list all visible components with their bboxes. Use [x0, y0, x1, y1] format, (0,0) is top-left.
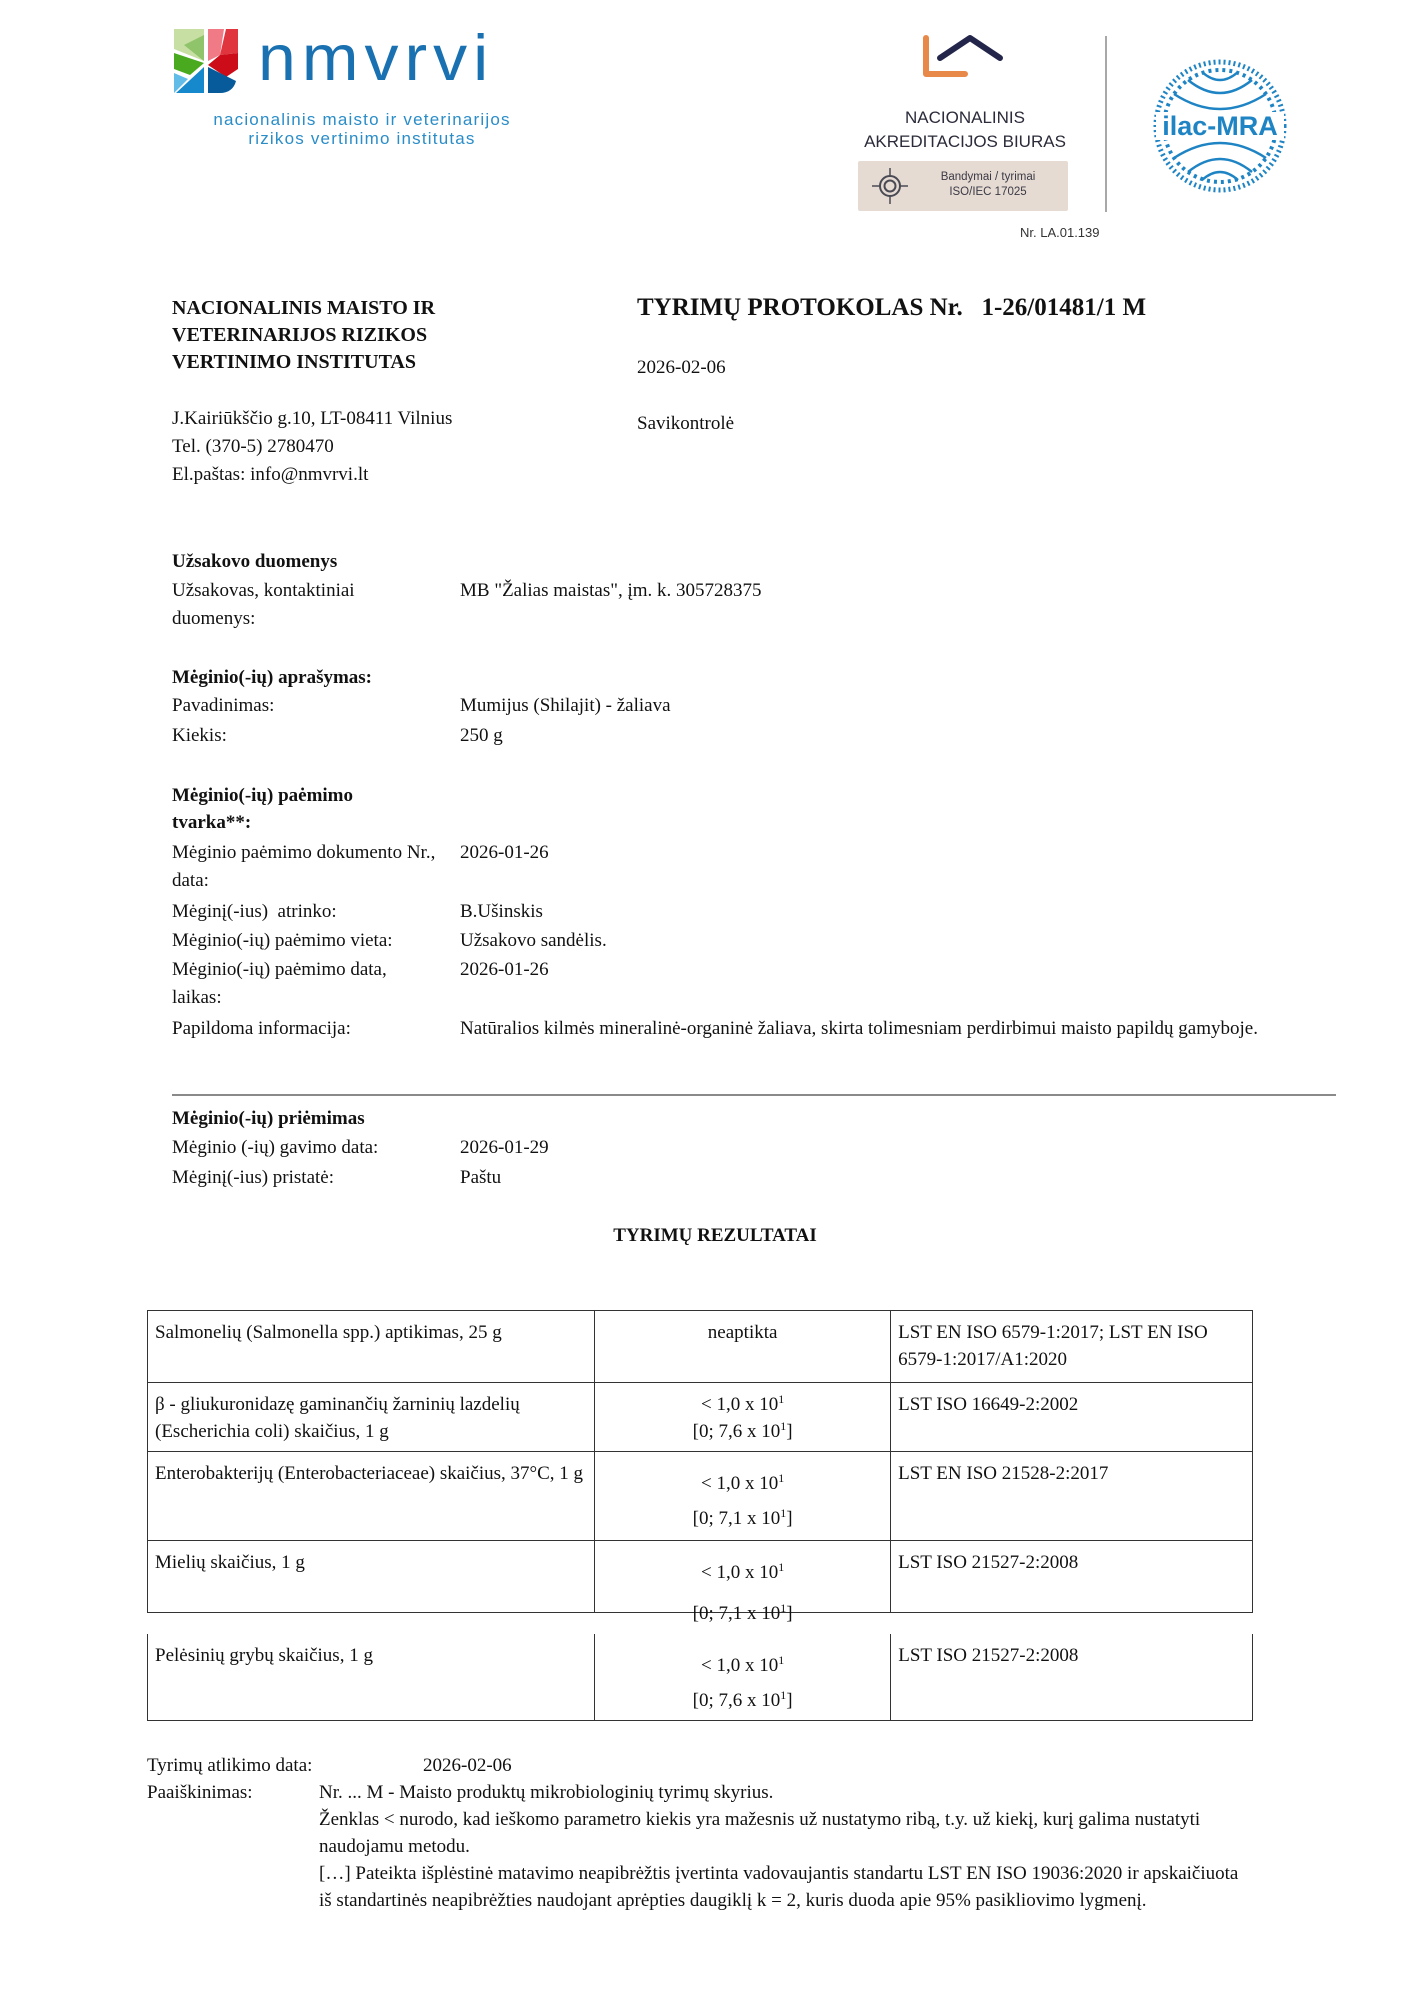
- badge-line2: ISO/IEC 17025: [918, 185, 1058, 200]
- institute-name-line: NACIONALINIS MAISTO IR: [172, 295, 435, 322]
- results-title: TYRIMŲ REZULTATAI: [0, 1225, 1414, 1247]
- field-value: MB "Žalias maistas", įm. k. 305728375: [460, 577, 1340, 633]
- field-value: 250 g: [460, 722, 1340, 750]
- institute-contacts: J.Kairiūkščio g.10, LT-08411 Vilnius Tel…: [172, 405, 452, 489]
- sampling-row: Mėginio(-ių) paėmimo vieta: Užsakovo san…: [172, 927, 1340, 955]
- note-item: Ženklas < nurodo, kad ieškomo parametro …: [319, 1806, 1239, 1860]
- field-value: 2026-01-26: [460, 839, 1340, 895]
- results-title-text: TYRIMŲ REZULTATAI: [613, 1225, 817, 1246]
- field-label: Mėginio(-ių) paėmimo vieta:: [172, 927, 460, 955]
- institute-subtitle-line2: rizikos vertinimo institutas: [168, 129, 556, 148]
- accreditation-badge: Bandymai / tyrimai ISO/IEC 17025: [858, 161, 1068, 211]
- table-row: β - gliukuronidazę gaminančių žarninių l…: [148, 1383, 1253, 1452]
- accreditation-number: Nr. LA.01.139: [1020, 225, 1100, 240]
- field-value: Natūralios kilmės mineralinė-organinė ža…: [460, 1015, 1320, 1043]
- parameter-cell: Mielių skaičius, 1 g: [148, 1541, 595, 1613]
- result-cell: < 1,0 x 101 [0; 7,6 x 101]: [595, 1383, 891, 1452]
- accreditor-name-line1: NACIONALINIS: [850, 106, 1080, 130]
- protocol-type: Savikontrolė: [637, 413, 734, 435]
- results-table-continued: Pelėsinių grybų skaičius, 1 g < 1,0 x 10…: [147, 1634, 1253, 1721]
- institute-logo-subtitle: nacionalinis maisto ir veterinarijos riz…: [168, 110, 556, 148]
- institute-address: J.Kairiūkščio g.10, LT-08411 Vilnius: [172, 405, 452, 433]
- nmvrvi-logo-icon: [170, 25, 242, 97]
- parameter-cell: β - gliukuronidazę gaminančių žarninių l…: [148, 1383, 595, 1452]
- sampling-row: Mėginio(-ių) paėmimo data, laikas: 2026-…: [172, 956, 1340, 1012]
- field-label: Kiekis:: [172, 722, 460, 750]
- institute-name-line: VETERINARIJOS RIZIKOS: [172, 322, 435, 349]
- uncertainty-interval: [0; 7,1 x 101]: [602, 1505, 883, 1532]
- reception-heading: Mėginio(-ių) priėmimas: [172, 1105, 365, 1132]
- institute-name-line: VERTINIMO INSTITUTAS: [172, 349, 435, 376]
- parameter-cell: Enterobakterijų (Enterobacteriaceae) ska…: [148, 1452, 595, 1541]
- field-label: Mėginio(-ių) paėmimo data, laikas:: [172, 956, 432, 1012]
- accreditation-badge-text: Bandymai / tyrimai ISO/IEC 17025: [918, 170, 1058, 200]
- reception-row: Mėginį(-ius) pristatė: Paštu: [172, 1164, 1340, 1192]
- institute-email: El.paštas: info@nmvrvi.lt: [172, 461, 452, 489]
- field-value: 2026-01-29: [460, 1134, 1340, 1162]
- logo-divider: [1105, 36, 1107, 212]
- section-divider: [172, 1094, 1336, 1096]
- result-value: < 1,0 x 101: [602, 1652, 883, 1679]
- field-label: Mėginio (-ių) gavimo data:: [172, 1134, 460, 1162]
- result-cell: neaptikta: [595, 1311, 891, 1383]
- field-label: Mėginį(-ius) pristatė:: [172, 1164, 460, 1192]
- field-value: Paštu: [460, 1164, 1340, 1192]
- parameter-cell: Pelėsinių grybų skaičius, 1 g: [148, 1634, 595, 1721]
- badge-line1: Bandymai / tyrimai: [918, 170, 1058, 185]
- svg-text:ilac-MRA: ilac-MRA: [1162, 111, 1278, 141]
- sample-description-row: Pavadinimas: Mumijus (Shilajit) - žaliav…: [172, 692, 1340, 720]
- sampling-row: Papildoma informacija: Natūralios kilmės…: [172, 1015, 1320, 1043]
- sampling-row: Mėginio paėmimo dokumento Nr., data: 202…: [172, 839, 1340, 895]
- parameter-cell: Salmonelių (Salmonella spp.) aptikimas, …: [148, 1311, 595, 1383]
- explanation-label: Paaiškinimas:: [147, 1779, 319, 1914]
- note-item: […] Pateikta išplėstinė matavimo neapibr…: [319, 1860, 1239, 1914]
- uncertainty-interval: [0; 7,6 x 101]: [602, 1418, 883, 1445]
- test-date-value: 2026-02-06: [423, 1752, 512, 1779]
- test-date-label: Tyrimų atlikimo data:: [147, 1752, 423, 1779]
- method-cell: LST EN ISO 6579-1:2017; LST EN ISO 6579-…: [891, 1311, 1253, 1383]
- method-cell: LST ISO 21527-2:2008: [891, 1634, 1253, 1721]
- uncertainty-interval: [0; 7,6 x 101]: [602, 1687, 883, 1714]
- table-row: Pelėsinių grybų skaičius, 1 g < 1,0 x 10…: [148, 1634, 1253, 1721]
- explanation-row: Paaiškinimas: Nr. ... M - Maisto produkt…: [147, 1779, 1239, 1914]
- accreditation-bureau-logo-icon: [920, 34, 1010, 84]
- institute-name: NACIONALINIS MAISTO IR VETERINARIJOS RIZ…: [172, 295, 435, 376]
- institute-subtitle-line1: nacionalinis maisto ir veterinarijos: [168, 110, 556, 129]
- accreditation-bureau-name: NACIONALINIS AKREDITACIJOS BIURAS: [850, 106, 1080, 154]
- field-value: Mumijus (Shilajit) - žaliava: [460, 692, 1340, 720]
- method-cell: LST ISO 16649-2:2002: [891, 1383, 1253, 1452]
- field-label: Užsakovas, kontaktiniai duomenys:: [172, 577, 412, 633]
- field-label: Papildoma informacija:: [172, 1015, 460, 1043]
- sample-description-row: Kiekis: 250 g: [172, 722, 1340, 750]
- footer-notes: Tyrimų atlikimo data: 2026-02-06 Paaiški…: [147, 1752, 1239, 1914]
- sampling-heading: Mėginio(-ių) paėmimo tvarka**:: [172, 782, 402, 836]
- sample-description-heading: Mėginio(-ių) aprašymas:: [172, 664, 372, 691]
- sampling-row: Mėginį(-ius) atrinko: B.Ušinskis: [172, 898, 1340, 926]
- note-item: Nr. ... M - Maisto produktų mikrobiologi…: [319, 1779, 1239, 1806]
- protocol-title: TYRIMŲ PROTOKOLAS Nr. 1-26/01481/1 M: [637, 294, 1146, 322]
- table-row: Mielių skaičius, 1 g < 1,0 x 101 [0; 7,1…: [148, 1541, 1253, 1613]
- table-row: Salmonelių (Salmonella spp.) aptikimas, …: [148, 1311, 1253, 1383]
- table-row: Enterobakterijų (Enterobacteriaceae) ska…: [148, 1452, 1253, 1541]
- target-icon: [870, 166, 910, 206]
- institute-wordmark: nmvrvi: [258, 26, 494, 91]
- result-value: < 1,0 x 101: [701, 1394, 784, 1415]
- field-value: 2026-01-26: [460, 956, 1340, 1012]
- result-cell: < 1,0 x 101 [0; 7,1 x 101]: [595, 1452, 891, 1541]
- ilac-mra-logo-icon: ilac-MRA: [1152, 58, 1288, 194]
- customer-row: Užsakovas, kontaktiniai duomenys: MB "Ža…: [172, 577, 1340, 633]
- result-value: < 1,0 x 101: [602, 1559, 883, 1586]
- field-label: Mėginio paėmimo dokumento Nr., data:: [172, 839, 448, 895]
- accreditor-name-line2: AKREDITACIJOS BIURAS: [850, 130, 1080, 154]
- method-cell: LST ISO 21527-2:2008: [891, 1541, 1253, 1613]
- uncertainty-interval: [0; 7,1 x 101]: [595, 1600, 890, 1627]
- field-value: B.Ušinskis: [460, 898, 1340, 926]
- reception-row: Mėginio (-ių) gavimo data: 2026-01-29: [172, 1134, 1340, 1162]
- explanation-notes: Nr. ... M - Maisto produktų mikrobiologi…: [319, 1779, 1239, 1914]
- field-label: Pavadinimas:: [172, 692, 460, 720]
- field-label: Mėginį(-ius) atrinko:: [172, 898, 460, 926]
- field-value: Užsakovo sandėlis.: [460, 927, 1340, 955]
- customer-heading: Užsakovo duomenys: [172, 548, 337, 575]
- protocol-date: 2026-02-06: [637, 357, 726, 379]
- result-value: < 1,0 x 101: [602, 1470, 883, 1497]
- institute-phone: Tel. (370-5) 2780470: [172, 433, 452, 461]
- result-cell: < 1,0 x 101 [0; 7,1 x 101]: [595, 1541, 891, 1613]
- result-cell: < 1,0 x 101 [0; 7,6 x 101]: [594, 1634, 890, 1721]
- test-date-row: Tyrimų atlikimo data: 2026-02-06: [147, 1752, 1239, 1779]
- results-table: Salmonelių (Salmonella spp.) aptikimas, …: [147, 1310, 1253, 1613]
- method-cell: LST EN ISO 21528-2:2017: [891, 1452, 1253, 1541]
